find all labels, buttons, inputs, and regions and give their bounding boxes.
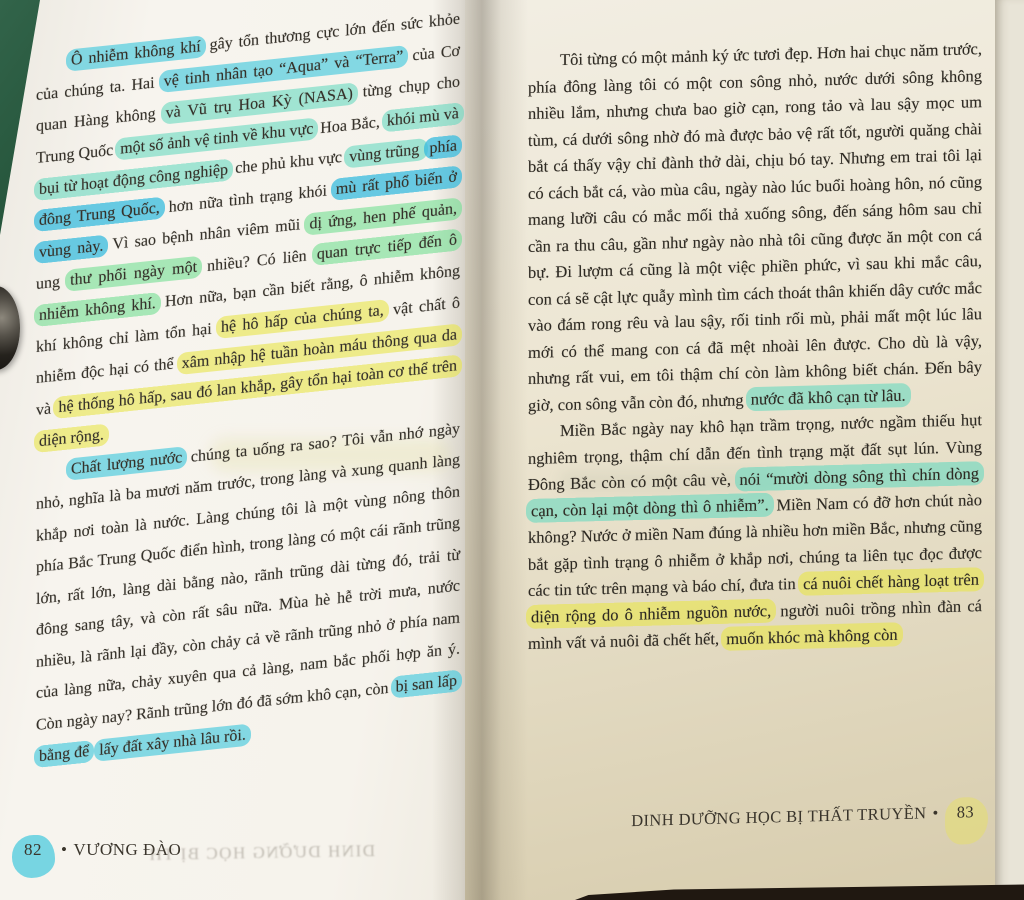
paragraph-drought-pollution: Miền Bắc ngày nay khô hạn trầm trọng, nư… — [528, 407, 982, 657]
highlight-green: dị ứng, hen phế quản, — [304, 197, 462, 236]
text-run: nhiều? Có liên — [200, 246, 314, 275]
paragraph-water-quality: Chất lượng nước chúng ta uống ra sao? Tô… — [36, 413, 460, 773]
highlight-green: thư phổi ngày một — [65, 256, 202, 292]
text-run: Tôi từng có một mảnh ký ức tươi đẹp. Hơn… — [528, 39, 982, 414]
left-page-number: 82 — [12, 835, 55, 878]
highlight-teal: vùng trũng — [344, 137, 428, 168]
highlight-yellow: muốn khóc mà không còn — [721, 622, 902, 651]
page-edge-right — [995, 0, 1024, 900]
text-run: hơn nữa tình trạng khói — [163, 181, 333, 216]
highlight-teal: nước đã khô cạn từ lâu. — [746, 383, 911, 411]
footer-separator: • — [55, 840, 73, 859]
left-page-body-text: Ô nhiễm không khí gây tổn thương cực lớn… — [36, 3, 460, 772]
paragraph-air-pollution: Ô nhiễm không khí gây tổn thương cực lớn… — [36, 3, 460, 457]
bleed-through-text: DINH DƯỠNG HỌC BỊ TH — [148, 841, 375, 865]
text-run: Hoa Bắc, — [316, 113, 384, 137]
text-run: ung — [36, 272, 67, 292]
paragraph-river-memory: Tôi từng có một mảnh ký ức tươi đẹp. Hơn… — [528, 36, 982, 419]
right-page-body-text: Tôi từng có một mảnh ký ức tươi đẹp. Hơn… — [528, 36, 982, 657]
text-run: che phủ khu vực — [231, 148, 346, 177]
open-book-photo: Ô nhiễm không khí gây tổn thương cực lớn… — [0, 0, 1024, 900]
footer-separator: • — [927, 803, 945, 822]
